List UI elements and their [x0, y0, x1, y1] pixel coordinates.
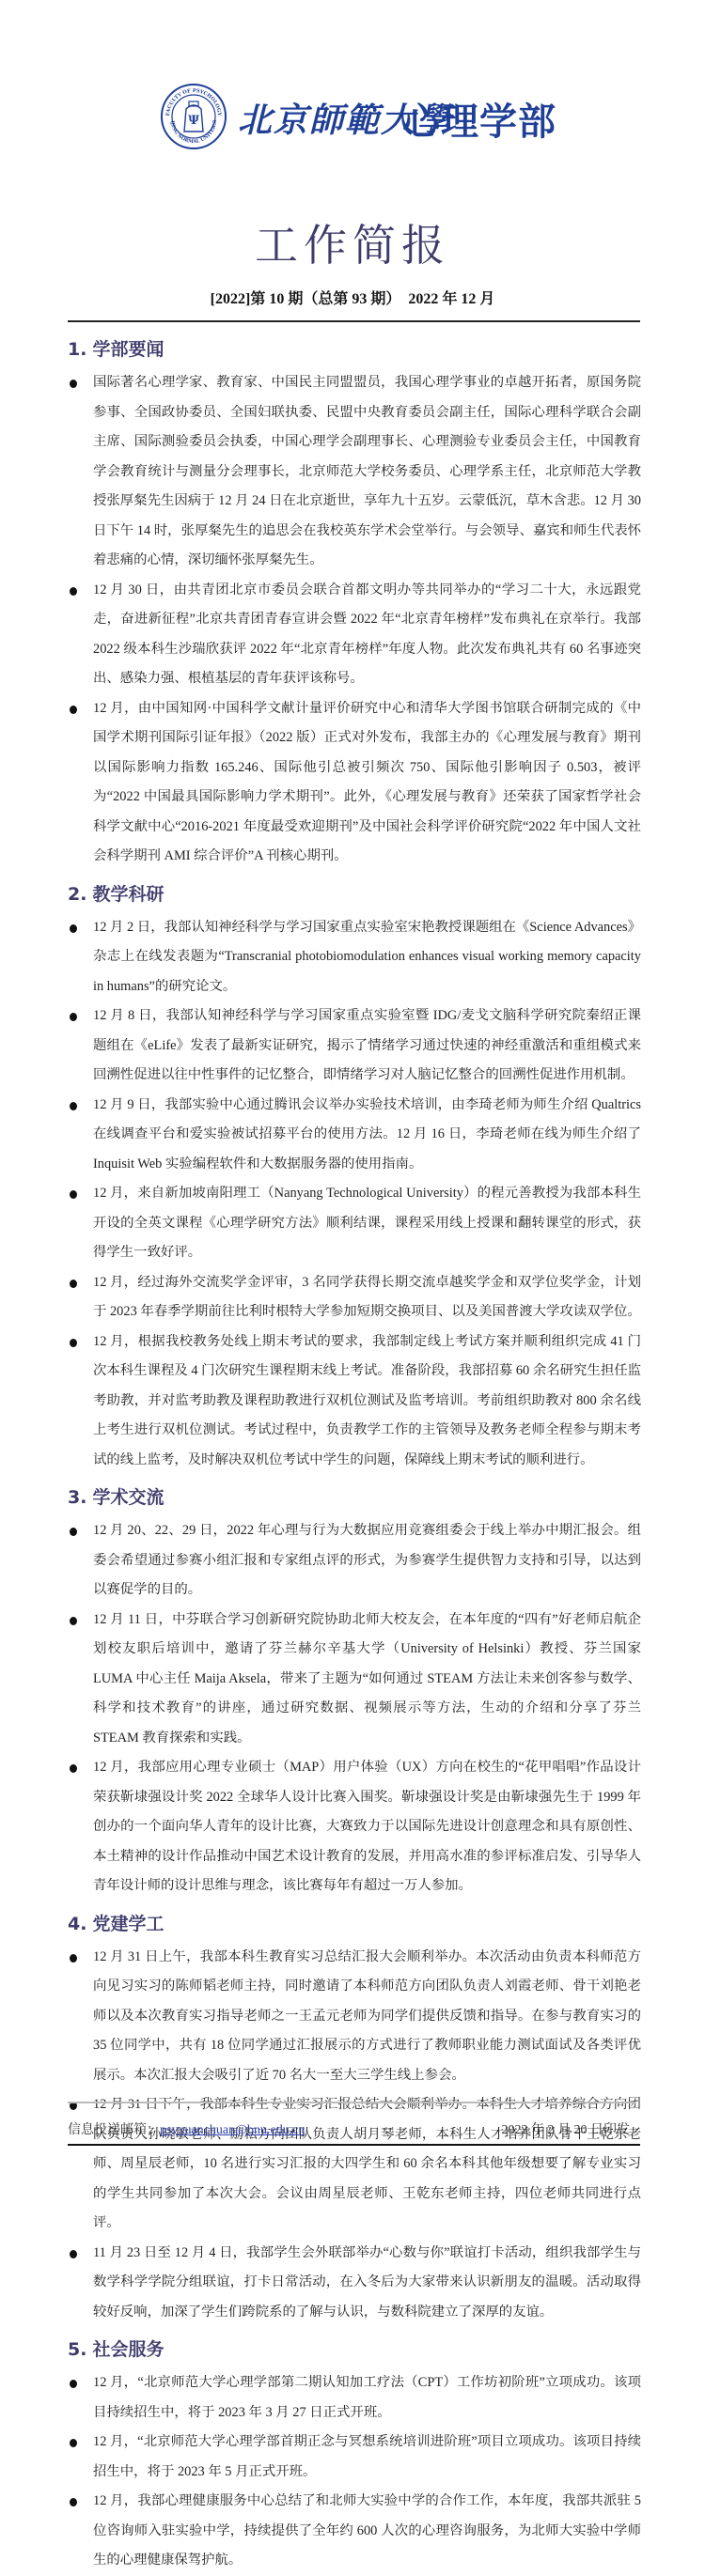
newsletter-page: FACULTY OF PSYCHOLOGY BEIJING NORMAL UNI…	[0, 0, 705, 2158]
section-party-student-affairs: 4.党建学工 12 月 31 日上午，我部本科生教育实习总结汇报大会顺利举办。本…	[68, 1905, 641, 2328]
news-item: 12 月 31 日上午，我部本科生教育实习总结汇报大会顺利举办。本次活动由负责本…	[68, 1943, 641, 2091]
news-item: 12 月 31 日下午，我部本科生专业实习汇报总结大会顺利举办。本科生人才培养综…	[68, 2090, 641, 2239]
footer-contact: 信息投递邮箱：psyxuanchuan@bnu.edu.cn	[68, 2119, 305, 2138]
seal-psi-symbol: Ψ	[188, 114, 199, 128]
section-social-service: 5.社会服务 12 月，“北京师范大学心理学部第二期认知加工疗法（CPT）工作坊…	[68, 2331, 641, 2576]
news-item: 12 月，“北京师范大学心理学部第二期认知加工疗法（CPT）工作坊初阶班”立项成…	[68, 2368, 641, 2428]
header-divider	[68, 320, 640, 322]
news-item: 12 月，由中国知网·中国科学文献计量评价研究中心和清华大学图书馆联合研制完成的…	[68, 694, 641, 872]
newsletter-content: 1.学部要闻 国际著名心理学家、教育家、中国民主同盟盟员，我国心理学事业的卓越开…	[68, 331, 641, 2576]
news-item: 12 月 11 日，中芬联合学习创新研究院协助北师大校友会，在本年度的“四有”好…	[68, 1606, 641, 1754]
news-item: 12 月 8 日，我部认知神经科学与学习国家重点实验室暨 IDG/麦戈文脑科学研…	[68, 1001, 641, 1091]
department-name: 心理学部	[402, 92, 556, 146]
page-title: 工作简报	[0, 211, 705, 273]
footer-divider	[68, 2102, 635, 2103]
section-heading: 5.社会服务	[68, 2331, 641, 2368]
section-academic-exchange: 3.学术交流 12 月 20、22、29 日，2022 年心理与行为大数据应用竞…	[68, 1479, 641, 1901]
news-item: 12 月，经过海外交流奖学金评审，3 名同学获得长期交流卓越奖学金和双学位奖学金…	[68, 1268, 641, 1327]
news-item: 12 月 20、22、29 日，2022 年心理与行为大数据应用竞赛组委会于线上…	[68, 1516, 641, 1606]
section-department-news: 1.学部要闻 国际著名心理学家、教育家、中国民主同盟盟员，我国心理学事业的卓越开…	[68, 331, 641, 872]
issue-line: [2022]第 10 期（总第 93 期） 2022 年 12 月	[0, 287, 705, 308]
news-item: 12 月，我部心理健康服务中心总结了和北师大实验中学的合作工作，本年度，我部共派…	[68, 2487, 641, 2576]
news-item: 11 月 23 日至 12 月 4 日，我部学生会外联部举办“心数与你”联谊打卡…	[68, 2239, 641, 2328]
news-item: 12 月，“北京师范大学心理学部首期正念与冥想系统培训进阶班”项目立项成功。该项…	[68, 2428, 641, 2487]
section-heading: 2.教学科研	[68, 876, 641, 913]
university-seal-logo-icon: FACULTY OF PSYCHOLOGY BEIJING NORMAL UNI…	[160, 83, 227, 150]
news-item: 12 月，来自新加坡南阳理工（Nanyang Technological Uni…	[68, 1179, 641, 1268]
section-teaching-research: 2.教学科研 12 月 2 日，我部认知神经科学与学习国家重点实验室宋艳教授课题…	[68, 876, 641, 1476]
footer-bottom-rule	[68, 2144, 640, 2146]
section-heading: 4.党建学工	[68, 1905, 641, 1943]
section-heading: 1.学部要闻	[68, 331, 641, 368]
news-item: 国际著名心理学家、教育家、中国民主同盟盟员，我国心理学事业的卓越开拓者，原国务院…	[68, 368, 641, 576]
section-heading: 3.学术交流	[68, 1479, 641, 1516]
email-link[interactable]: psyxuanchuan@bnu.edu.cn	[160, 2123, 305, 2137]
print-date: 2023 年 2 月 20 日印发	[502, 2119, 631, 2138]
news-item: 12 月，我部应用心理专业硕士（MAP）用户体验（UX）方向在校生的“花甲唱唱”…	[68, 1753, 641, 1901]
news-item: 12 月 2 日，我部认知神经科学与学习国家重点实验室宋艳教授课题组在《Scie…	[68, 913, 641, 1002]
news-item: 12 月 30 日，由共青团北京市委员会联合首都文明办等共同举办的“学习二十大，…	[68, 576, 641, 694]
email-label: 信息投递邮箱：	[68, 2123, 160, 2137]
news-item: 12 月，根据我校教务处线上期末考试的要求，我部制定线上考试方案并顺利组织完成 …	[68, 1327, 641, 1476]
news-item: 12 月 9 日，我部实验中心通过腾讯会议举办实验技术培训，由李琦老师为师生介绍…	[68, 1091, 641, 1180]
header: FACULTY OF PSYCHOLOGY BEIJING NORMAL UNI…	[0, 75, 705, 160]
